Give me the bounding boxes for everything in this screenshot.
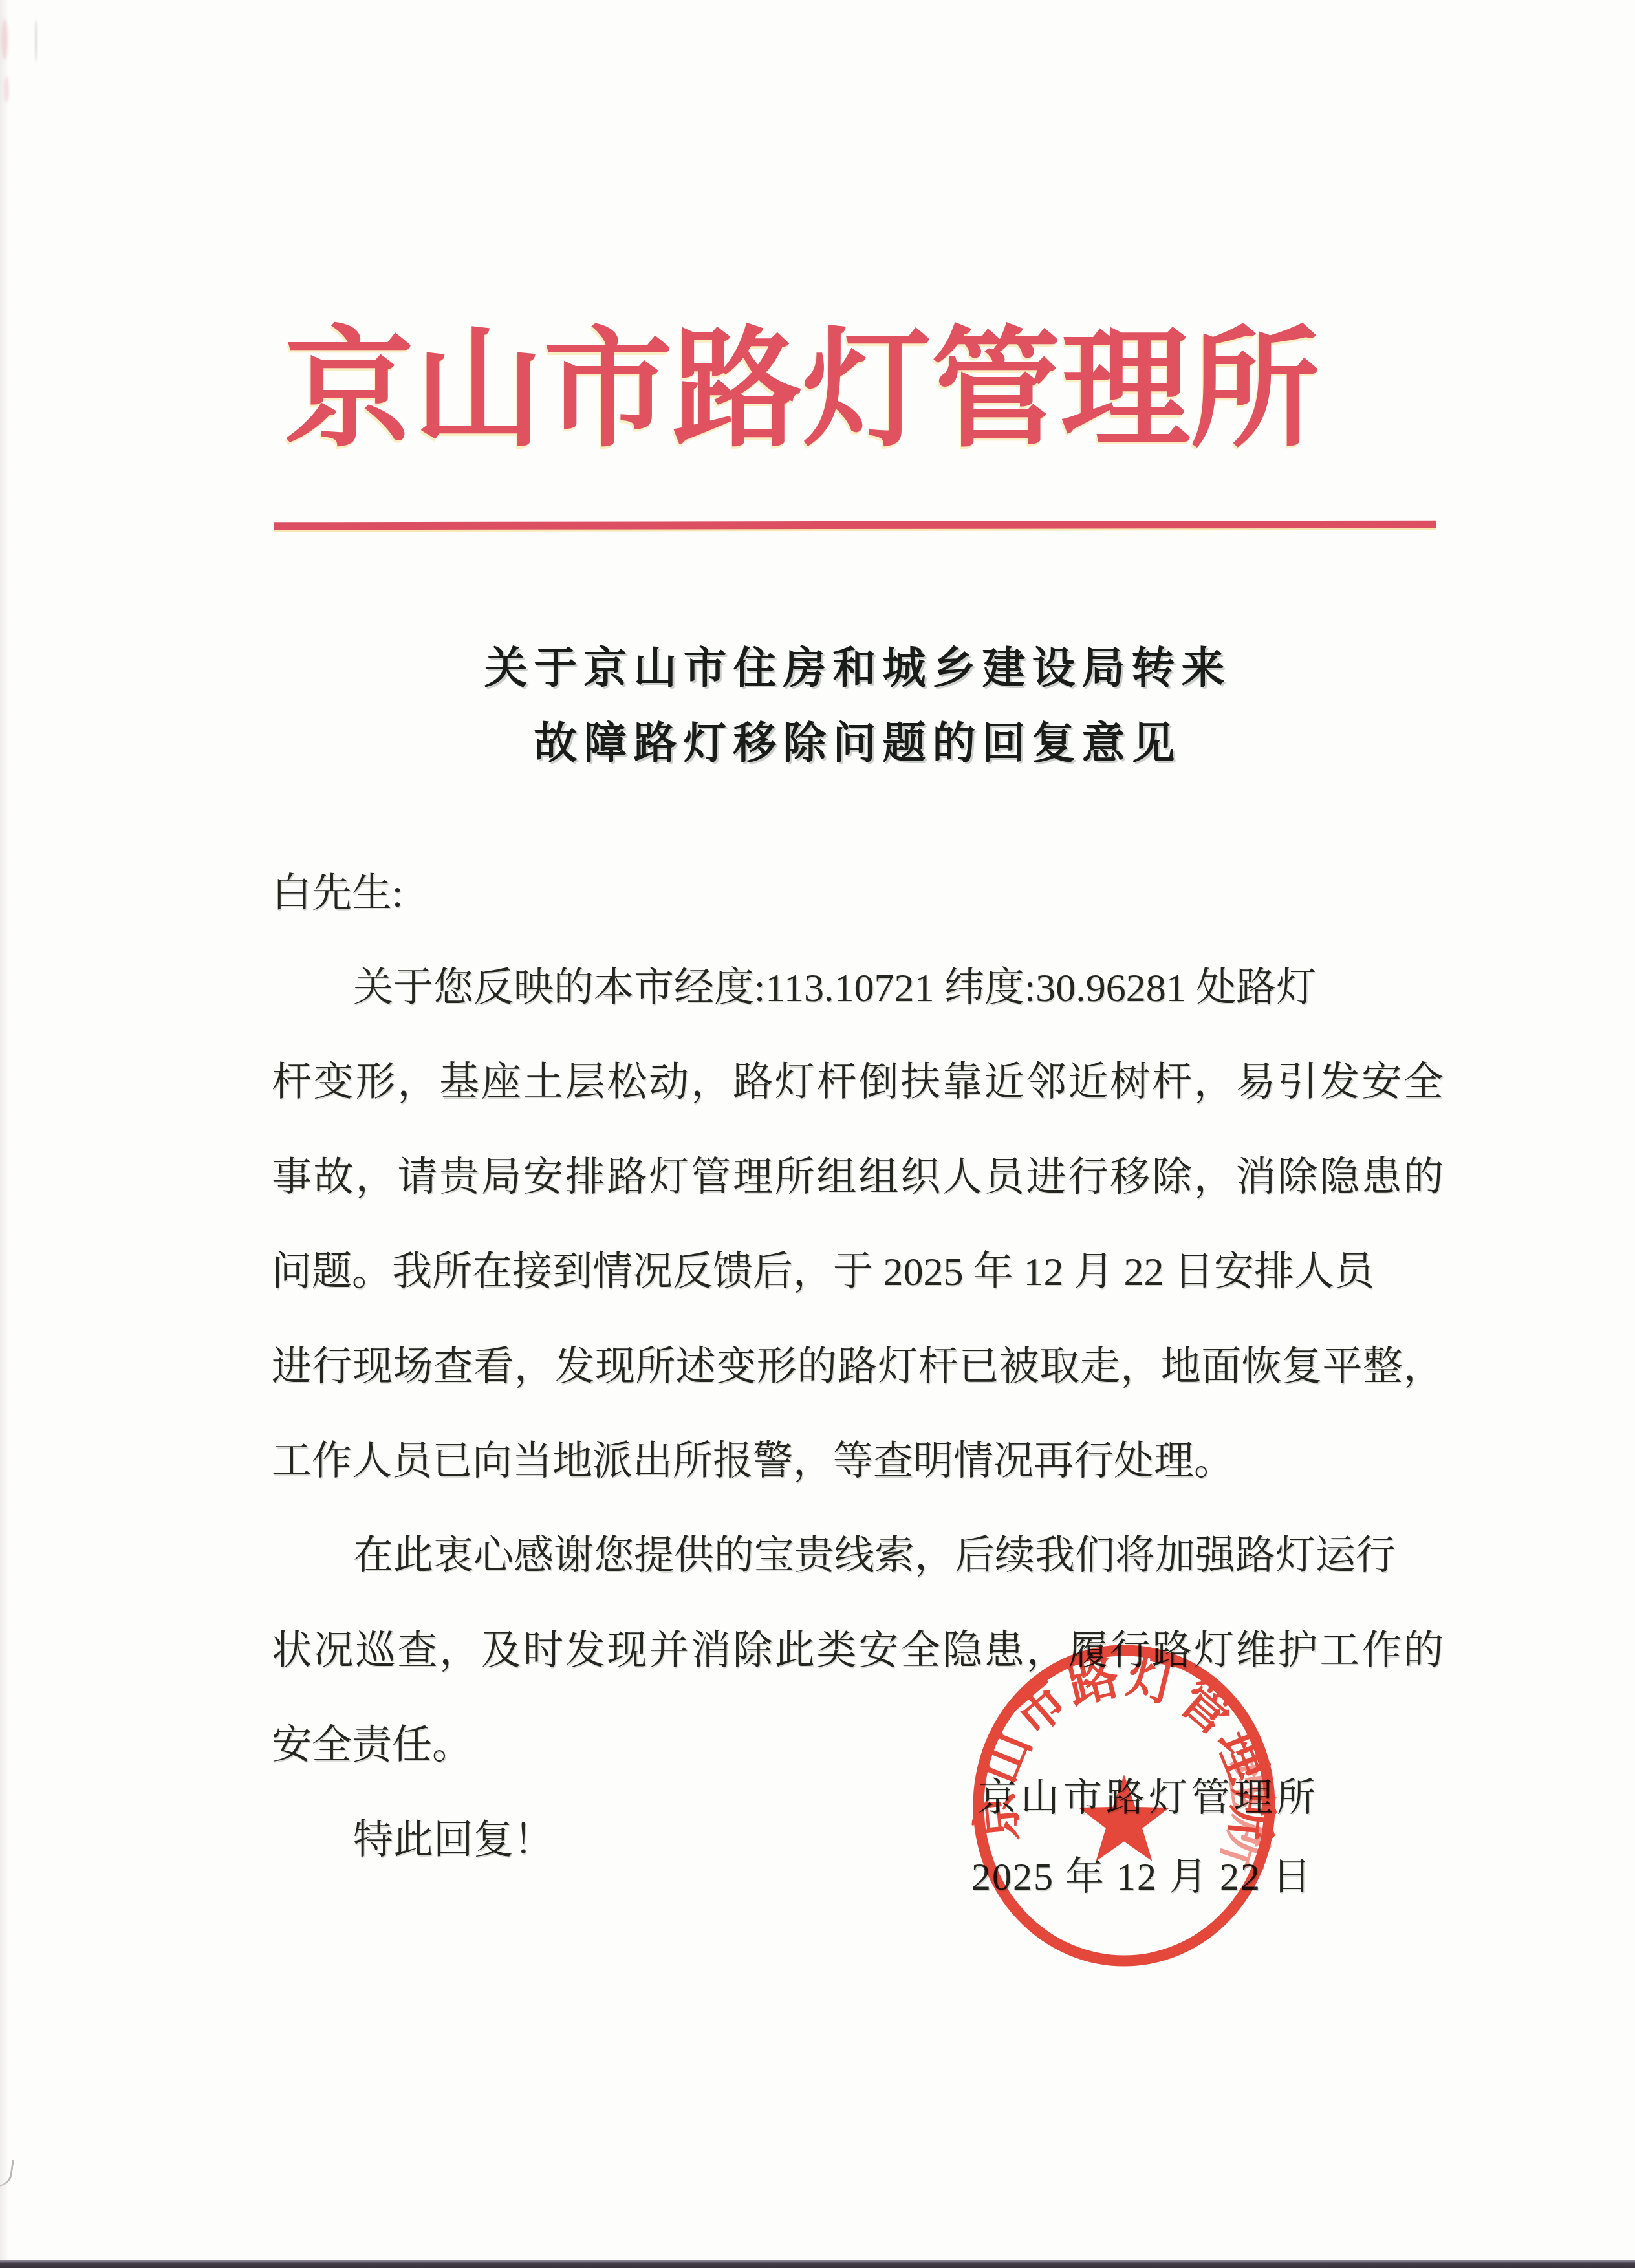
letterhead-title: 京山市路灯管理所 xyxy=(285,322,1436,460)
document-page: 京山市路灯管理所 关于京山市住房和城乡建设局转来 故障路灯移除问题的回复意见 白… xyxy=(0,0,1635,2268)
doc-title-line-2: 故障路灯移除问题的回复意见 xyxy=(272,709,1444,771)
body-line: 问题。我所在接到情况反馈后，于 2025 年 12 月 22 日安排人员 xyxy=(272,1221,1444,1315)
body-line: 在此衷心感谢您提供的宝贵线索，后续我们将加强路灯运行 xyxy=(272,1505,1444,1599)
body-line: 事故，请贵局安排路灯管理所组组织人员进行移除，消除隐患的 xyxy=(272,1126,1444,1220)
official-seal: 京山市路灯管理所 京山市路灯管理所 xyxy=(965,1643,1283,1969)
body-line: 进行现场查看，发现所述变形的路灯杆已被取走，地面恢复平整， xyxy=(272,1315,1444,1410)
scan-edge-bottom xyxy=(0,2260,1635,2268)
scan-edge-left xyxy=(0,0,9,2268)
salutation: 白先生: xyxy=(272,842,1444,936)
seal-star xyxy=(1079,1775,1170,1861)
body-line: 工作人员已向当地派出所报警，等查明情况再行处理。 xyxy=(272,1410,1444,1504)
doc-title-line-1: 关于京山市住房和城乡建设局转来 xyxy=(272,634,1444,696)
scan-smudge xyxy=(35,19,37,62)
letterhead-divider xyxy=(274,521,1436,530)
body-line: 杆变形，基座土层松动，路灯杆倒扶靠近邻近树杆，易引发安全 xyxy=(272,1031,1444,1126)
body-line: 关于您反映的本市经度:113.10721 纬度:30.96281 处路灯 xyxy=(272,936,1444,1031)
